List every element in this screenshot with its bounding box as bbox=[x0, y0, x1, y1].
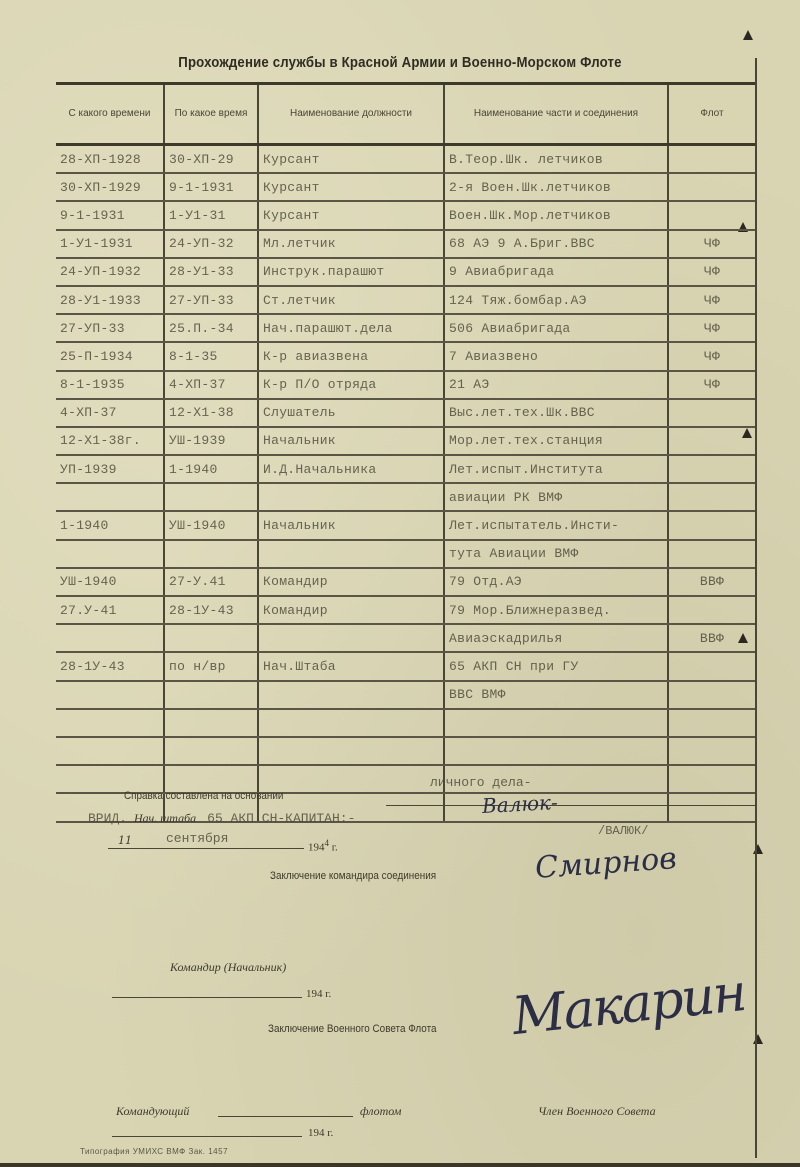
cell-to-date: 1-1940 bbox=[164, 455, 258, 483]
cell-fleet bbox=[668, 709, 755, 737]
cell-fleet bbox=[668, 681, 755, 709]
cell-fleet bbox=[668, 596, 755, 624]
cell-position: Курсант bbox=[258, 201, 444, 229]
cell-from-date: 12-Х1-38г. bbox=[56, 427, 164, 455]
cell-position: Инструк.парашют bbox=[258, 258, 444, 286]
cell-fleet: ЧФ bbox=[668, 258, 755, 286]
cell-unit: 2-я Воен.Шк.летчиков bbox=[444, 173, 668, 201]
cell-position bbox=[258, 737, 444, 765]
cell-from-date bbox=[56, 540, 164, 568]
cell-unit: В.Теор.Шк. летчиков bbox=[444, 145, 668, 174]
cell-from-date: 30-ХП-1929 bbox=[56, 173, 164, 201]
cell-position: Ст.летчик bbox=[258, 286, 444, 314]
fleet-date-underline bbox=[112, 1136, 302, 1137]
cell-to-date: УШ-1940 bbox=[164, 511, 258, 539]
signatory-line: ВРИД. Нач. штаба 65 АКП СН-КАПИТАН:- bbox=[88, 811, 355, 826]
cell-unit: 9 Авиабригада bbox=[444, 258, 668, 286]
cell-from-date: 4-ХП-37 bbox=[56, 399, 164, 427]
signatory-unit: 65 АКП СН-КАПИТАН:- bbox=[207, 811, 355, 826]
cell-fleet bbox=[668, 793, 755, 821]
cell-to-date: 4-ХП-37 bbox=[164, 371, 258, 399]
cell-position: Начальник bbox=[258, 427, 444, 455]
cell-position: К-р авиазвена bbox=[258, 342, 444, 370]
cell-to-date bbox=[164, 709, 258, 737]
table-row: АвиаэскадрильяВВФ bbox=[56, 624, 755, 652]
column-header-unit: Наименование части и соединения bbox=[444, 84, 668, 145]
cell-unit: Лет.испыт.Института bbox=[444, 455, 668, 483]
service-record-page: Прохождение службы в Красной Армии и Вое… bbox=[0, 0, 800, 1167]
cell-fleet: ЧФ bbox=[668, 230, 755, 258]
cell-unit: тута Авиации ВМФ bbox=[444, 540, 668, 568]
cell-position bbox=[258, 540, 444, 568]
cell-to-date: 27-У.41 bbox=[164, 568, 258, 596]
cell-position: Мл.летчик bbox=[258, 230, 444, 258]
commander-conclusion-label: Заключение командира соединения bbox=[270, 870, 436, 882]
table-row: УП-19391-1940И.Д.НачальникаЛет.испыт.Инс… bbox=[56, 455, 755, 483]
cell-to-date: УШ-1939 bbox=[164, 427, 258, 455]
date-suffix: г. bbox=[332, 842, 338, 854]
cell-to-date bbox=[164, 483, 258, 511]
table-header-row: С какого времени По какое время Наименов… bbox=[56, 84, 755, 145]
table-row: 30-ХП-19299-1-1931Курсант2-я Воен.Шк.лет… bbox=[56, 173, 755, 201]
document-title: Прохождение службы в Красной Армии и Вое… bbox=[48, 54, 752, 71]
table-row: УШ-194027-У.41Командир79 Отд.АЭВВФ bbox=[56, 568, 755, 596]
cell-from-date: 28-У1-1933 bbox=[56, 286, 164, 314]
signature-council-member: Макарин bbox=[510, 963, 748, 1047]
table-body: 28-ХП-192830-ХП-29КурсантВ.Теор.Шк. летч… bbox=[56, 145, 755, 822]
cell-from-date: 24-УП-1932 bbox=[56, 258, 164, 286]
cell-unit: авиации РК ВМФ bbox=[444, 483, 668, 511]
cell-position: Командир bbox=[258, 596, 444, 624]
cell-position: К-р П/О отряда bbox=[258, 371, 444, 399]
table-row: 28-1У-43по н/врНач.Штаба65 АКП СН при ГУ bbox=[56, 652, 755, 680]
cell-position: Командир bbox=[258, 568, 444, 596]
cell-fleet: ЧФ bbox=[668, 286, 755, 314]
cell-from-date: 1-1940 bbox=[56, 511, 164, 539]
table-row: 12-Х1-38г.УШ-1939НачальникМор.лет.тех.ст… bbox=[56, 427, 755, 455]
cell-fleet bbox=[668, 455, 755, 483]
cell-from-date: УП-1939 bbox=[56, 455, 164, 483]
table-row: тута Авиации ВМФ bbox=[56, 540, 755, 568]
cell-position: Начальник bbox=[258, 511, 444, 539]
cell-to-date: 28-1У-43 bbox=[164, 596, 258, 624]
cell-from-date bbox=[56, 681, 164, 709]
signature-chief-of-staff: Валюк- bbox=[481, 790, 558, 818]
cell-to-date: по н/вр bbox=[164, 652, 258, 680]
date-year-text: 194 bbox=[308, 842, 325, 854]
cell-to-date bbox=[164, 737, 258, 765]
cell-unit: ВВС ВМФ bbox=[444, 681, 668, 709]
cell-unit bbox=[444, 737, 668, 765]
fleet-year: 194 г. bbox=[308, 1127, 333, 1139]
commander-year: 194 г. bbox=[306, 988, 331, 1000]
cell-position: Нач.парашют.дела bbox=[258, 314, 444, 342]
table-row: авиации РК ВМФ bbox=[56, 483, 755, 511]
cell-position: Курсант bbox=[258, 145, 444, 174]
cell-position: И.Д.Начальника bbox=[258, 455, 444, 483]
cell-unit: Выс.лет.тех.Шк.ВВС bbox=[444, 399, 668, 427]
cell-fleet bbox=[668, 399, 755, 427]
date-year: 1944 г. bbox=[308, 838, 338, 854]
column-header-from: С какого времени bbox=[56, 84, 164, 145]
cell-from-date: 1-У1-1931 bbox=[56, 230, 164, 258]
fleet-commander-underline bbox=[218, 1116, 353, 1117]
cell-fleet bbox=[668, 652, 755, 680]
table-row: ВВС ВМФ bbox=[56, 681, 755, 709]
cell-unit: Воен.Шк.Мор.летчиков bbox=[444, 201, 668, 229]
column-header-fleet: Флот bbox=[668, 84, 755, 145]
table-row bbox=[56, 709, 755, 737]
date-underline bbox=[108, 848, 304, 849]
table-row: 27.У-4128-1У-43Командир79 Мор.Ближнеразв… bbox=[56, 596, 755, 624]
cell-fleet: ЧФ bbox=[668, 371, 755, 399]
cell-fleet bbox=[668, 540, 755, 568]
cell-to-date bbox=[164, 681, 258, 709]
cell-unit: Авиаэскадрилья bbox=[444, 624, 668, 652]
page-bottom-edge bbox=[0, 1163, 800, 1167]
table-row: 8-1-19354-ХП-37К-р П/О отряда21 АЭЧФ bbox=[56, 371, 755, 399]
table-row bbox=[56, 737, 755, 765]
cell-unit: 65 АКП СН при ГУ bbox=[444, 652, 668, 680]
signatory-name: /ВАЛЮК/ bbox=[598, 824, 648, 838]
cell-unit: Мор.лет.тех.станция bbox=[444, 427, 668, 455]
date-day: 11 bbox=[118, 834, 132, 847]
cell-from-date: 27-УП-33 bbox=[56, 314, 164, 342]
commander-date-underline bbox=[112, 997, 302, 998]
cell-position: Курсант bbox=[258, 173, 444, 201]
cell-fleet bbox=[668, 765, 755, 793]
cell-unit: 21 АЭ bbox=[444, 371, 668, 399]
council-conclusion-label: Заключение Военного Совета Флота bbox=[268, 1023, 437, 1035]
cell-from-date bbox=[56, 709, 164, 737]
table-row: 24-УП-193228-У1-33Инструк.парашют9 Авиаб… bbox=[56, 258, 755, 286]
cell-to-date bbox=[164, 624, 258, 652]
cell-position bbox=[258, 681, 444, 709]
cell-fleet bbox=[668, 483, 755, 511]
table-row: 1-1940УШ-1940НачальникЛет.испытатель.Инс… bbox=[56, 511, 755, 539]
signatory-role: Нач. штаба bbox=[134, 811, 196, 825]
cell-to-date: 25.П.-34 bbox=[164, 314, 258, 342]
cell-from-date bbox=[56, 624, 164, 652]
cell-unit bbox=[444, 709, 668, 737]
cell-from-date: 28-ХП-1928 bbox=[56, 145, 164, 174]
commander-label: Командир (Начальник) bbox=[170, 960, 286, 975]
cell-fleet bbox=[668, 173, 755, 201]
cell-unit: 7 Авиазвено bbox=[444, 342, 668, 370]
cell-position bbox=[258, 624, 444, 652]
cell-unit: 79 Мор.Ближнеразвед. bbox=[444, 596, 668, 624]
cell-from-date: 28-1У-43 bbox=[56, 652, 164, 680]
basis-label: Справка составлена на основании bbox=[124, 790, 283, 802]
cell-from-date: 25-П-1934 bbox=[56, 342, 164, 370]
cell-fleet bbox=[668, 737, 755, 765]
table-row: 27-УП-3325.П.-34Нач.парашют.дела506 Авиа… bbox=[56, 314, 755, 342]
cell-from-date bbox=[56, 483, 164, 511]
cell-position bbox=[258, 709, 444, 737]
cell-fleet bbox=[668, 201, 755, 229]
service-history-table: С какого времени По какое время Наименов… bbox=[56, 82, 755, 823]
cell-unit: 79 Отд.АЭ bbox=[444, 568, 668, 596]
cell-from-date: УШ-1940 bbox=[56, 568, 164, 596]
basis-underline bbox=[386, 805, 756, 806]
signatory-prefix: ВРИД. bbox=[88, 811, 127, 826]
cell-from-date: 9-1-1931 bbox=[56, 201, 164, 229]
date-month: сентября bbox=[166, 831, 228, 846]
table-row: 4-ХП-3712-Х1-38СлушательВыс.лет.тех.Шк.В… bbox=[56, 399, 755, 427]
cell-to-date: 1-У1-31 bbox=[164, 201, 258, 229]
cell-fleet bbox=[668, 511, 755, 539]
column-header-position: Наименование должности bbox=[258, 84, 444, 145]
cell-to-date: 9-1-1931 bbox=[164, 173, 258, 201]
cell-to-date: 24-УП-32 bbox=[164, 230, 258, 258]
cell-position bbox=[258, 483, 444, 511]
cell-fleet bbox=[668, 427, 755, 455]
cell-fleet: ВВФ bbox=[668, 568, 755, 596]
fleet-word: флотом bbox=[360, 1104, 401, 1119]
cell-position: Нач.Штаба bbox=[258, 652, 444, 680]
page-right-border bbox=[755, 58, 757, 1158]
cell-fleet bbox=[668, 145, 755, 174]
cell-unit: 124 Тяж.бомбар.АЭ bbox=[444, 286, 668, 314]
cell-to-date: 27-УП-33 bbox=[164, 286, 258, 314]
cell-fleet: ЧФ bbox=[668, 314, 755, 342]
printer-imprint: Типография УМИХС ВМФ Зак. 1457 bbox=[80, 1147, 228, 1156]
table-row: 28-ХП-192830-ХП-29КурсантВ.Теор.Шк. летч… bbox=[56, 145, 755, 174]
cell-unit: Лет.испытатель.Инсти- bbox=[444, 511, 668, 539]
cell-to-date: 30-ХП-29 bbox=[164, 145, 258, 174]
punch-hole-mark bbox=[743, 30, 753, 40]
signature-commander: Смирнов bbox=[534, 841, 678, 886]
table-row: 1-У1-193124-УП-32Мл.летчик68 АЭ 9 А.Бриг… bbox=[56, 230, 755, 258]
column-header-to: По какое время bbox=[164, 84, 258, 145]
cell-unit: 506 Авиабригада bbox=[444, 314, 668, 342]
cell-fleet: ЧФ bbox=[668, 342, 755, 370]
cell-to-date: 12-Х1-38 bbox=[164, 399, 258, 427]
cell-unit: 68 АЭ 9 А.Бриг.ВВС bbox=[444, 230, 668, 258]
cell-to-date bbox=[164, 540, 258, 568]
cell-fleet: ВВФ bbox=[668, 624, 755, 652]
council-member-label: Член Военного Совета bbox=[538, 1104, 656, 1119]
fleet-commander-label: Командующий bbox=[116, 1104, 189, 1119]
cell-position: Слушатель bbox=[258, 399, 444, 427]
cell-position bbox=[258, 765, 444, 793]
cell-from-date: 8-1-1935 bbox=[56, 371, 164, 399]
cell-to-date: 8-1-35 bbox=[164, 342, 258, 370]
date-year-digit: 4 bbox=[325, 838, 330, 848]
cell-to-date: 28-У1-33 bbox=[164, 258, 258, 286]
table-row: 28-У1-193327-УП-33Ст.летчик124 Тяж.бомба… bbox=[56, 286, 755, 314]
table-row: 25-П-19348-1-35К-р авиазвена7 АвиазвеноЧ… bbox=[56, 342, 755, 370]
table-row: 9-1-19311-У1-31КурсантВоен.Шк.Мор.летчик… bbox=[56, 201, 755, 229]
cell-from-date: 27.У-41 bbox=[56, 596, 164, 624]
cell-from-date bbox=[56, 737, 164, 765]
basis-value: личного дела- bbox=[430, 775, 531, 790]
